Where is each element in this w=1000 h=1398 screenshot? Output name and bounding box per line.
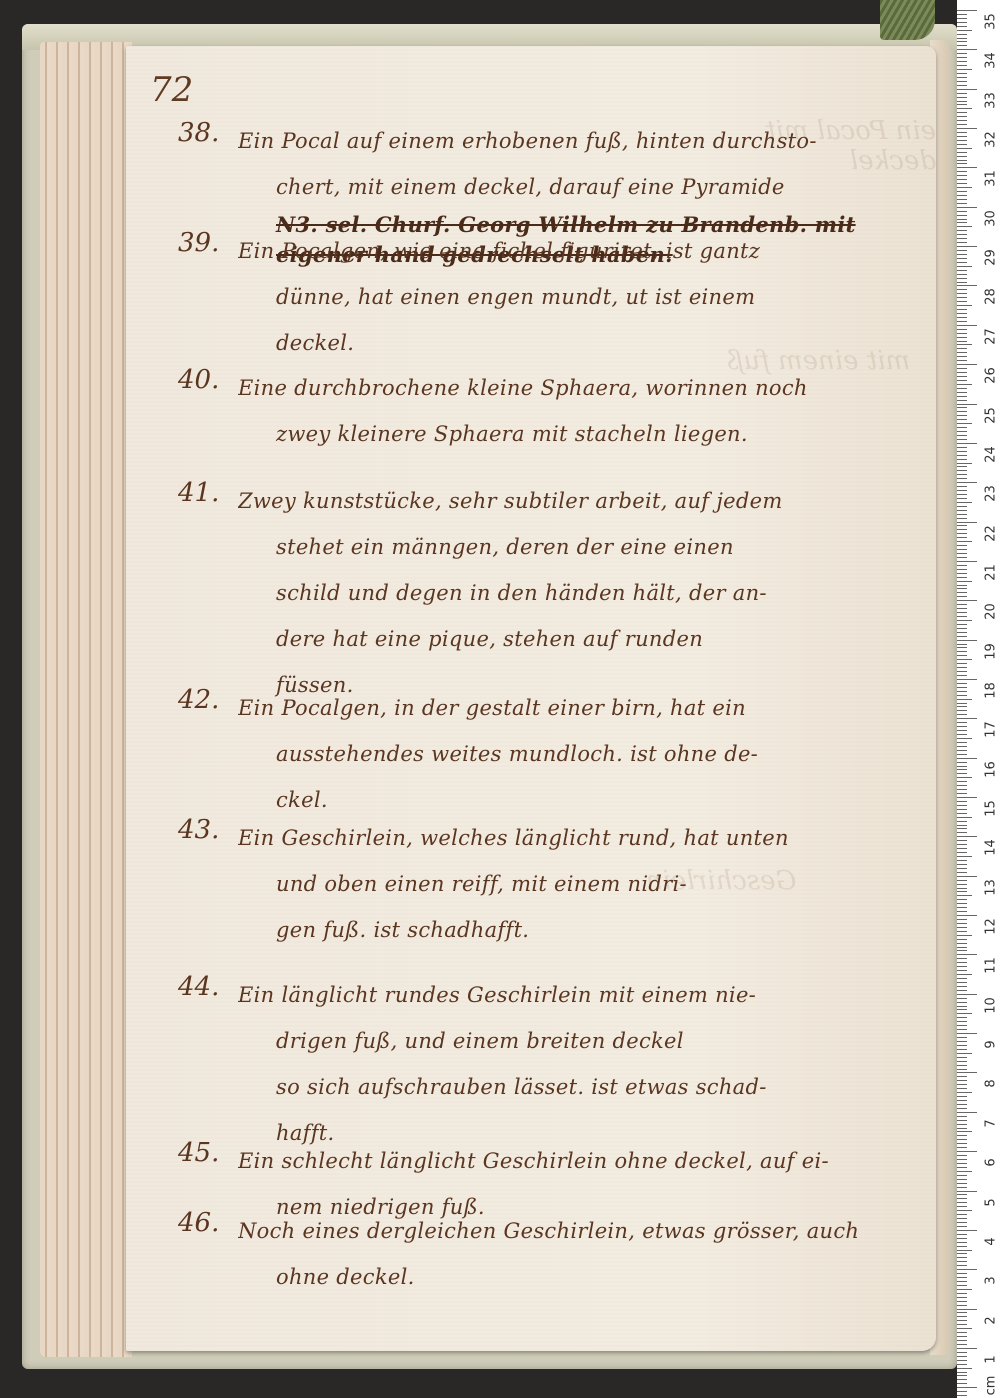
- ruler-tick: [957, 828, 967, 829]
- ruler-tick: [957, 293, 967, 294]
- entry-line: Ein Pocalgen, wie eine fichel figuriret,…: [238, 228, 918, 274]
- ruler-tick: [957, 69, 972, 70]
- ruler-tick: [957, 498, 967, 499]
- ruler-label: 34: [984, 49, 999, 73]
- ruler-tick: [957, 907, 967, 908]
- ruler-tick: [957, 1163, 967, 1164]
- entry-line: Noch eines dergleichen Geschirlein, etwa…: [238, 1208, 918, 1254]
- ruler-tick: [957, 545, 967, 546]
- ruler-label: 26: [984, 364, 999, 388]
- ruler-label: 23: [984, 482, 999, 506]
- ruler-tick: [957, 856, 972, 857]
- ruler-tick: [957, 203, 967, 204]
- ruler-tick: [957, 691, 967, 692]
- ruler-tick: [957, 1328, 972, 1329]
- ruler-tick: [957, 1273, 967, 1274]
- ruler-label: 18: [984, 678, 999, 702]
- ruler-tick: [957, 518, 967, 519]
- ruler-tick: [957, 1037, 967, 1038]
- entry-line: drigen fuß, und einem breiten deckel: [238, 1018, 918, 1064]
- ruler-tick: [957, 1218, 967, 1219]
- ruler-tick: [957, 1183, 967, 1184]
- ruler-tick: [957, 451, 967, 452]
- ruler-tick: [957, 447, 967, 448]
- ruler-tick: [957, 14, 967, 15]
- ruler-tick: [957, 234, 967, 235]
- ruler-tick: [957, 1238, 967, 1239]
- ruler-tick: [957, 30, 972, 31]
- ruler-tick: [957, 309, 967, 310]
- ruler-tick: [957, 533, 967, 534]
- ruler-tick: [957, 695, 967, 696]
- ruler-tick: [957, 966, 967, 967]
- ruler-tick: [957, 738, 972, 739]
- ruler-tick: [957, 1033, 977, 1034]
- ruler-tick: [957, 10, 977, 11]
- ruler-tick: [957, 128, 977, 129]
- ruler-label: 17: [984, 718, 999, 742]
- ruler-tick: [957, 1316, 967, 1317]
- ruler-tick: [957, 1332, 967, 1333]
- ruler-tick: [957, 502, 972, 503]
- ruler-tick: [957, 356, 967, 357]
- ruler-tick: [957, 813, 967, 814]
- ruler-tick: [957, 22, 967, 23]
- ruler-tick: [957, 1352, 967, 1353]
- measurement-ruler: 3534333231302928272625242322212019181716…: [957, 0, 1000, 1398]
- ruler-tick: [957, 1395, 967, 1396]
- ruler-unit: cm: [984, 1374, 999, 1398]
- ruler-tick: [957, 569, 967, 570]
- ruler-tick: [957, 1116, 967, 1117]
- entry-number: 46.: [178, 1208, 238, 1238]
- ruler-label: 21: [984, 560, 999, 584]
- ruler-tick: [957, 199, 967, 200]
- ruler-tick: [957, 191, 967, 192]
- ruler-tick: [957, 400, 967, 401]
- ruler-tick: [957, 746, 967, 747]
- ruler-tick: [957, 289, 967, 290]
- ruler-tick: [957, 581, 972, 582]
- ruler-tick: [957, 183, 967, 184]
- entry-line: ohne deckel.: [238, 1254, 918, 1300]
- ruler-tick: [957, 525, 967, 526]
- ruler-tick: [957, 939, 967, 940]
- ruler-tick: [957, 785, 967, 786]
- ruler-tick: [957, 1076, 967, 1077]
- ruler-label: 35: [984, 10, 999, 34]
- ruler-tick: [957, 376, 967, 377]
- ruler-tick: [957, 734, 967, 735]
- ruler-tick: [957, 1309, 977, 1310]
- ruler-tick: [957, 612, 967, 613]
- ruler-tick: [957, 108, 972, 109]
- ruler-tick: [957, 1128, 967, 1129]
- ruler-tick: [957, 616, 967, 617]
- ruler-tick: [957, 195, 967, 196]
- ruler-tick: [957, 872, 967, 873]
- ruler-tick: [957, 360, 967, 361]
- entry-number: 45.: [178, 1138, 238, 1168]
- ruler-tick: [957, 344, 972, 345]
- ruler-tick: [957, 675, 967, 676]
- ruler-tick: [957, 285, 977, 286]
- ruler-tick: [957, 404, 977, 405]
- entry-line: deckel.: [238, 320, 918, 366]
- ruler-tick: [957, 549, 967, 550]
- ruler-tick: [957, 1368, 972, 1369]
- ruler-tick: [957, 238, 967, 239]
- ruler-tick: [957, 990, 967, 991]
- ruler-tick: [957, 868, 967, 869]
- ruler-tick: [957, 1061, 967, 1062]
- ruler-tick: [957, 840, 967, 841]
- ruler-tick: [957, 1151, 977, 1152]
- ruler-tick: [957, 266, 972, 267]
- ruler-tick: [957, 1143, 967, 1144]
- ruler-tick: [957, 553, 967, 554]
- entry-number: 41.: [178, 478, 238, 508]
- ruler-tick: [957, 679, 977, 680]
- ruler-tick: [957, 396, 967, 397]
- ruler-tick: [957, 140, 967, 141]
- ruler-tick: [957, 915, 977, 916]
- ruler-tick: [957, 226, 972, 227]
- ruler-tick: [957, 65, 967, 66]
- ruler-tick: [957, 565, 967, 566]
- ruler-tick: [957, 750, 967, 751]
- ruler-tick: [957, 1234, 967, 1235]
- ruler-tick: [957, 1045, 967, 1046]
- folio-number: 72: [150, 70, 193, 110]
- ruler-tick: [957, 1065, 967, 1066]
- ruler-tick: [957, 773, 967, 774]
- ruler-tick: [957, 1112, 977, 1113]
- ruler-tick: [957, 455, 967, 456]
- entry-line: Ein Pocal auf einem erhobenen fuß, hinte…: [238, 118, 918, 164]
- ruler-tick: [957, 313, 967, 314]
- entry-text: Ein länglicht rundes Geschirlein mit ein…: [238, 972, 918, 1156]
- ruler-label: 32: [984, 128, 999, 152]
- ruler-tick: [957, 85, 967, 86]
- ruler-tick: [957, 1198, 967, 1199]
- ruler-tick: [957, 730, 967, 731]
- ruler-tick: [957, 411, 967, 412]
- ruler-tick: [957, 848, 967, 849]
- ruler-tick: [957, 486, 967, 487]
- ruler-tick: [957, 431, 967, 432]
- ruler-tick: [957, 789, 967, 790]
- ruler-tick: [957, 305, 972, 306]
- entry-line: gen fuß. ist schadhafft.: [238, 907, 918, 953]
- ruler-tick: [957, 1226, 967, 1227]
- entry-line: chert, mit einem deckel, darauf eine Pyr…: [238, 164, 918, 210]
- ruler-tick: [957, 1187, 967, 1188]
- ruler-tick: [957, 175, 967, 176]
- ruler-tick: [957, 57, 967, 58]
- ruler-tick: [957, 459, 967, 460]
- ruler-tick: [957, 490, 967, 491]
- ruler-tick: [957, 325, 977, 326]
- ruler-label: 31: [984, 167, 999, 191]
- ruler-tick: [957, 136, 967, 137]
- ruler-tick: [957, 1155, 967, 1156]
- ruler-tick: [957, 246, 977, 247]
- ruler-tick: [957, 474, 967, 475]
- ruler-tick: [957, 1281, 967, 1282]
- ruler-tick: [957, 1029, 967, 1030]
- ruler-tick: [957, 1312, 967, 1313]
- entry-line: Eine durchbrochene kleine Sphaera, worin…: [238, 365, 918, 411]
- ruler-tick: [957, 384, 972, 385]
- ruler-tick: [957, 510, 967, 511]
- ruler-tick: [957, 49, 977, 50]
- ruler-tick: [957, 659, 972, 660]
- ruler-tick: [957, 522, 977, 523]
- ruler-tick: [957, 1104, 967, 1105]
- ruler-label: 10: [984, 993, 999, 1017]
- ruler-tick: [957, 1253, 967, 1254]
- ruler-tick: [957, 1289, 972, 1290]
- ruler-tick: [957, 1080, 967, 1081]
- ruler-label: 14: [984, 836, 999, 860]
- ruler-tick: [957, 986, 967, 987]
- ruler-tick: [957, 766, 967, 767]
- ruler-tick: [957, 1246, 967, 1247]
- ruler-label: 22: [984, 521, 999, 545]
- ruler-tick: [957, 726, 967, 727]
- ruler-tick: [957, 26, 967, 27]
- ruler-tick: [957, 463, 972, 464]
- ruler-tick: [957, 1088, 967, 1089]
- ruler-tick: [957, 124, 967, 125]
- ruler-label: 2: [984, 1308, 999, 1332]
- ruler-tick: [957, 1179, 967, 1180]
- ruler-tick: [957, 262, 967, 263]
- ruler-tick: [957, 596, 967, 597]
- ruler-tick: [957, 1120, 967, 1121]
- ruler-tick: [957, 923, 967, 924]
- ruler-tick: [957, 73, 967, 74]
- ruler-tick: [957, 754, 967, 755]
- ruler-tick: [957, 608, 967, 609]
- ruler-tick: [957, 1069, 967, 1070]
- ruler-tick: [957, 211, 967, 212]
- ruler-label: 16: [984, 757, 999, 781]
- ruler-tick: [957, 38, 967, 39]
- ruler-tick: [957, 758, 977, 759]
- ruler-label: 25: [984, 403, 999, 427]
- ruler-tick: [957, 714, 967, 715]
- ruler-tick: [957, 1261, 967, 1262]
- ruler-tick: [957, 710, 967, 711]
- ruler-tick: [957, 270, 967, 271]
- ruler-tick: [957, 101, 967, 102]
- ruler-tick: [957, 120, 967, 121]
- ruler-tick: [957, 974, 972, 975]
- ruler-tick: [957, 703, 967, 704]
- ruler-tick: [957, 817, 972, 818]
- entry-number: 38.: [178, 118, 238, 148]
- ruler-tick: [957, 1265, 967, 1266]
- entry-text: Ein Pocalgen, wie eine fichel figuriret,…: [238, 228, 918, 366]
- entry-line: zwey kleinere Sphaera mit stacheln liege…: [238, 411, 918, 457]
- ruler-tick: [957, 152, 967, 153]
- ruler-tick: [957, 911, 967, 912]
- entry-line: Ein schlecht länglicht Geschirlein ohne …: [238, 1138, 918, 1184]
- ruler-tick: [957, 950, 967, 951]
- ruler-tick: [957, 935, 972, 936]
- ruler-tick: [957, 1301, 967, 1302]
- ruler-tick: [957, 769, 967, 770]
- ruler-tick: [957, 844, 967, 845]
- ruler-tick: [957, 352, 967, 353]
- ruler-tick: [957, 1041, 967, 1042]
- ruler-tick: [957, 994, 977, 995]
- ruler-tick: [957, 423, 972, 424]
- ruler-tick: [957, 1006, 967, 1007]
- ruler-tick: [957, 1336, 967, 1337]
- ruler-tick: [957, 380, 967, 381]
- ruler-tick: [957, 797, 977, 798]
- ruler-tick: [957, 899, 967, 900]
- ruler-tick: [957, 781, 967, 782]
- ruler-tick: [957, 1391, 967, 1392]
- ruler-tick: [957, 706, 967, 707]
- ruler-tick: [957, 561, 977, 562]
- ruler-tick: [957, 167, 977, 168]
- ruler-tick: [957, 372, 967, 373]
- ruler-tick: [957, 1230, 977, 1231]
- ruler-tick: [957, 470, 967, 471]
- ruler-tick: [957, 821, 967, 822]
- binding-cord: [880, 0, 935, 40]
- ruler-tick: [957, 494, 967, 495]
- ruler-label: 8: [984, 1072, 999, 1096]
- ruler-tick: [957, 1167, 967, 1168]
- ruler-tick: [957, 667, 967, 668]
- entry-number: 42.: [178, 685, 238, 715]
- ruler-tick: [957, 825, 967, 826]
- ruler-tick: [957, 640, 977, 641]
- ruler-tick: [957, 1372, 967, 1373]
- page-stack-edges: [40, 42, 132, 1357]
- ruler-tick: [957, 297, 967, 298]
- ruler-tick: [957, 1002, 967, 1003]
- ruler-tick: [957, 880, 967, 881]
- ruler-tick: [957, 242, 967, 243]
- ruler-tick: [957, 222, 967, 223]
- ruler-label: 12: [984, 915, 999, 939]
- ruler-tick: [957, 1269, 977, 1270]
- ruler-tick: [957, 1375, 967, 1376]
- ruler-tick: [957, 529, 967, 530]
- ruler-label: 28: [984, 285, 999, 309]
- entry-line: stehet ein männgen, deren der eine einen: [238, 524, 918, 570]
- ruler-tick: [957, 998, 967, 999]
- ruler-label: 20: [984, 600, 999, 624]
- ruler-tick: [957, 809, 967, 810]
- ruler-tick: [957, 81, 967, 82]
- entry-line: dere hat eine pique, stehen auf runden: [238, 616, 918, 662]
- ruler-tick: [957, 852, 967, 853]
- ruler-tick: [957, 148, 972, 149]
- ruler-tick: [957, 1135, 967, 1136]
- ruler-tick: [957, 482, 977, 483]
- ruler-tick: [957, 163, 967, 164]
- ruler-tick: [957, 1383, 967, 1384]
- ruler-tick: [957, 876, 977, 877]
- ruler-tick: [957, 1285, 967, 1286]
- ruler-tick: [957, 1124, 967, 1125]
- ruler-tick: [957, 466, 967, 467]
- ruler-tick: [957, 1175, 967, 1176]
- entry-line: Ein Pocalgen, in der gestalt einer birn,…: [238, 685, 918, 731]
- ruler-tick: [957, 116, 967, 117]
- ruler-tick: [957, 1360, 967, 1361]
- ruler-tick: [957, 439, 967, 440]
- ruler-tick: [957, 443, 977, 444]
- ruler-tick: [957, 341, 967, 342]
- ruler-tick: [957, 61, 967, 62]
- ruler-tick: [957, 1084, 967, 1085]
- ruler-tick: [957, 805, 967, 806]
- ruler-tick: [957, 1305, 967, 1306]
- ruler-tick: [957, 368, 967, 369]
- ruler-label: 1: [984, 1347, 999, 1371]
- ruler-tick: [957, 278, 967, 279]
- ruler-tick: [957, 160, 967, 161]
- ruler-tick: [957, 301, 967, 302]
- ruler-tick: [957, 254, 967, 255]
- ruler-tick: [957, 978, 967, 979]
- ruler-tick: [957, 636, 967, 637]
- ruler-tick: [957, 970, 967, 971]
- ruler-tick: [957, 514, 967, 515]
- ruler-tick: [957, 1324, 967, 1325]
- ruler-tick: [957, 962, 967, 963]
- ruler-tick: [957, 644, 967, 645]
- ruler-tick: [957, 1257, 967, 1258]
- entry-line: schild und degen in den händen hält, der…: [238, 570, 918, 616]
- ruler-tick: [957, 388, 967, 389]
- ruler-tick: [957, 282, 967, 283]
- ruler-tick: [957, 1206, 967, 1207]
- ruler-label: 7: [984, 1111, 999, 1135]
- ruler-tick: [957, 1096, 967, 1097]
- ruler-tick: [957, 53, 967, 54]
- ruler-tick: [957, 321, 967, 322]
- ruler-label: 24: [984, 442, 999, 466]
- ruler-tick: [957, 1202, 967, 1203]
- ruler-label: 15: [984, 797, 999, 821]
- ruler-tick: [957, 687, 967, 688]
- ruler-tick: [957, 392, 967, 393]
- ruler-tick: [957, 927, 967, 928]
- ruler-tick: [957, 1277, 967, 1278]
- ruler-tick: [957, 793, 967, 794]
- entry-line: Ein Geschirlein, welches länglicht rund,…: [238, 815, 918, 861]
- entry-number: 39.: [178, 228, 238, 258]
- ruler-tick: [957, 97, 967, 98]
- ruler-tick: [957, 832, 967, 833]
- ruler-tick: [957, 1364, 967, 1365]
- ruler-tick: [957, 722, 967, 723]
- ruler-tick: [957, 577, 967, 578]
- ruler-tick: [957, 1025, 967, 1026]
- ruler-tick: [957, 93, 967, 94]
- ruler-tick: [957, 329, 967, 330]
